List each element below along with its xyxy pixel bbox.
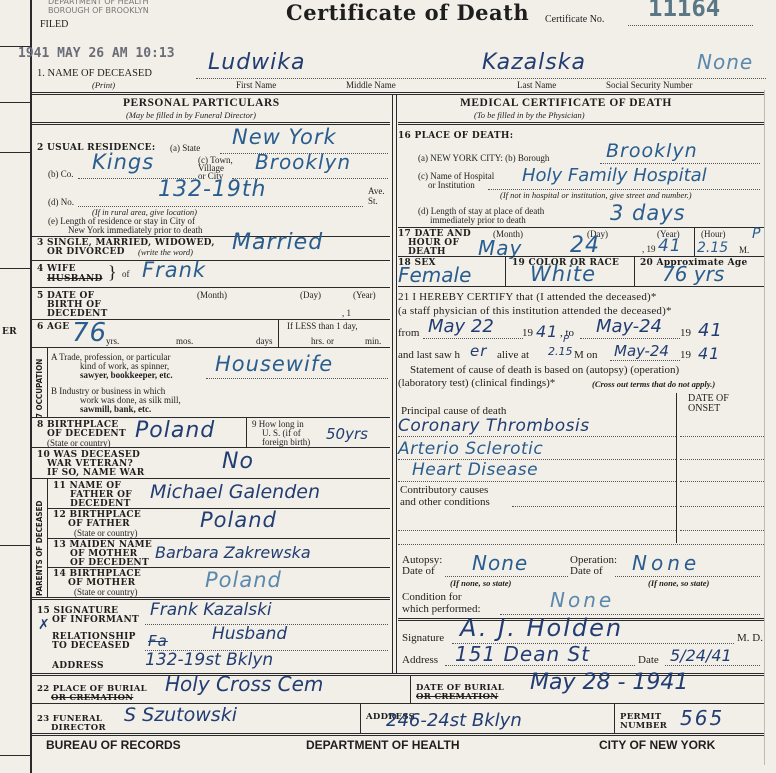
wife-label: 4 WIFE [37,264,76,274]
spouse-value: Frank [142,258,206,282]
dob-year-prefix: , 1 [342,308,351,318]
death-year-prefix: , 19 [642,244,656,254]
to-year-value: 41 [698,320,723,341]
age-yrs-label: yrs. [106,336,119,346]
street-no-label: (d) No. [48,197,74,207]
certificate-number: 11164 [648,0,720,22]
parents-section-label: PARENTS OF DECEASED [35,501,44,596]
county-label: (b) Co. [48,169,74,179]
physician-signature-label: Signature [402,632,444,644]
husband-label: HUSBAND [47,274,103,284]
place-of-death-label: 16 PLACE OF DEATH: [398,131,513,141]
alive-at-label: alive at [497,349,529,361]
personal-particulars-subtitle: (May be filled in by Funeral Director) [126,110,256,120]
occupation-a-label-3: sawyer, bookkeeper, etc. [80,370,173,380]
stub-line [0,268,30,269]
cause-line-2: Arterio Sclerotic [398,439,543,459]
father-birth-value: Poland [200,508,277,532]
dept-stamp-line2: BOROUGH OF BROOKLYN [48,6,149,15]
cause-line-1: Coronary Thrombosis [398,416,590,436]
race-value: White [530,262,596,286]
stub-line [0,102,30,103]
death-certificate: ER DEPARTMENT OF HEALTH BOROUGH OF BROOK… [0,0,776,773]
permit-value: 565 [680,706,724,730]
last-seen-date-value: May-24 [614,342,669,360]
funeral-director-label-2: DIRECTOR [51,723,106,733]
last-seen-year-value: 41 [698,344,720,363]
middle-name-caption: Middle Name [346,80,396,90]
informant-sig-label-2: OF INFORMANT [52,615,139,625]
death-meridiem-suffix: M. [739,245,749,255]
first-name-caption: First Name [236,80,276,90]
state-label: (a) State [170,143,200,153]
dob-month-label: (Month) [197,290,227,300]
funeral-director-value: S Szutowski [124,704,237,726]
dob-year-label: (Year) [353,290,376,300]
column-divider [392,95,393,673]
footer-right: CITY OF NEW YORK [599,738,715,752]
dob-day-label: (Day) [300,290,321,300]
from-year-prefix: 19 [522,327,533,339]
director-address-value: 246-24st Bklyn [386,710,522,731]
last-saw-label: and last saw h [398,349,460,361]
cause-line-3: Heart Disease [412,460,538,480]
condition-label-1: Condition for [402,592,462,602]
death-year-value: 41 [658,236,682,256]
stay-label-2: immediately prior to death [430,215,526,225]
alive-meridiem-value: P [563,334,570,345]
from-label: from [398,327,419,339]
operation-label-1: Operation: [570,555,617,565]
condition-value: None [550,588,614,612]
occupation-value: Housewife [215,352,333,376]
veteran-value: No [222,449,254,474]
age-days-label: days [256,336,273,346]
age-less-label: If LESS than 1 day, [287,321,358,331]
marital-label-2: OR DIVORCED [47,247,125,257]
ave-label: Ave. [368,186,385,196]
filed-label: FILED [40,19,68,30]
father-birth-label-3: (State or country) [74,528,137,538]
mother-birth-value: Poland [205,568,282,592]
stub-border [30,0,32,773]
town-value: Brooklyn [255,150,351,174]
street-value: 132-19th [158,177,267,202]
operation-value: None [632,551,700,575]
footer-left: BUREAU OF RECORDS [46,738,181,752]
age-hrs-label: hrs. or [311,336,334,346]
physician-address-value: 151 Dean St [455,642,590,666]
physician-date-value: 5/24/41 [670,646,732,665]
hospital-hint: (If not in hospital or institution, give… [500,190,692,200]
alive-time-value: 2.15 [548,345,573,358]
father-name-value: Michael Galenden [150,481,320,503]
us-years-value: 50yrs [326,425,368,443]
age-mos-label: mos. [176,336,193,346]
burial-place-value: Holy Cross Cem [165,672,323,696]
spouse-of-label: of [122,269,130,279]
burial-date-value: May 28 - 1941 [530,670,688,695]
stub-line [0,545,30,546]
basis-line-1: Statement of cause of death is based on … [410,364,679,376]
certify-line-1: 21 I HEREBY CERTIFY that (I attended the… [398,291,657,303]
stub-text: ER [2,327,17,337]
hospital-label-2: or Institution [428,180,475,190]
burial-date-label-2: OR CREMATION [416,692,498,702]
operation-label-2: Date of [570,566,603,576]
stub-line [0,755,30,756]
stub-line [0,152,30,153]
death-day-value: 24 [570,233,600,258]
relationship-value: Husband [212,624,287,644]
md-label: M. D. [737,632,763,644]
from-date-value: May 22 [428,316,494,337]
marital-value: Married [232,230,323,255]
approx-age-value: 76 yrs [662,262,724,286]
stay-value: 3 days [610,201,686,225]
borough-value: Brooklyn [606,140,698,162]
medical-certificate-subtitle: (To be filled in by the Physician) [474,110,585,120]
death-meridiem-value: P [752,226,761,242]
occupation-b-label-3: sawmill, bank, etc. [80,404,151,414]
name-label: 1. NAME OF DECEASED [37,68,152,79]
death-hour-label: (Hour) [701,229,726,239]
personal-particulars-title: PERSONAL PARTICULARS [123,97,280,109]
m-on-label: M on [574,349,598,361]
onset-label-2: ONSET [688,404,720,414]
autopsy-label-1: Autopsy: [402,555,442,565]
print-hint: (Print) [92,80,115,90]
informant-address-value: 132-19st Bklyn [145,650,273,670]
to-date-value: May-24 [596,316,662,337]
relationship-label-2: TO DECEASED [52,641,130,651]
burial-place-label-2: OR CREMATION [51,693,133,703]
physician-date-label: Date [638,654,659,666]
autopsy-label-2: Date of [402,566,435,576]
permit-label-2: NUMBER [620,721,667,731]
physician-address-label: Address [402,654,438,666]
state-value: New York [232,125,337,149]
document-title: Certificate of Death [286,0,529,25]
birthplace-value: Poland [135,418,215,443]
us-years-label-3: foreign birth) [262,437,310,447]
condition-label-2: which performed: [402,604,481,614]
ssn-caption: Social Security Number [606,80,692,90]
first-name-value: Ludwika [208,50,306,75]
physician-signature: A. J. Holden [460,614,623,642]
residence-length-label-2: New York immediately prior to death [68,225,202,235]
autopsy-hint: (If none, so state) [450,578,511,588]
nyc-borough-label: (a) NEW YORK CITY: (b) Borough [418,153,549,163]
medical-certificate-title: MEDICAL CERTIFICATE OF DEATH [460,97,672,109]
contributory-label-1: Contributory causes [400,484,488,496]
st-label: St. [368,196,378,206]
from-year-value: 41 [536,322,558,341]
marital-hint: (write the word) [138,247,193,257]
contributory-label-2: and other conditions [400,496,490,508]
death-hour-value: 2.15 [697,240,728,256]
mother-birth-label-3: (State or country) [74,587,137,597]
informant-mark: ✗ [38,617,50,634]
occupation-section-label: 7 OCCUPATION [35,359,44,418]
county-value: Kings [92,150,154,174]
operation-hint: (If none, so state) [648,578,709,588]
sex-value: Female [398,263,471,287]
age-min-label: min. [365,336,381,346]
last-seen-year-prefix: 19 [680,349,691,361]
informant-signature: Frank Kazalski [150,600,272,620]
certificate-no-label: Certificate No. [545,14,604,25]
basis-line-2: (laboratory test) (clinical findings)* [398,377,555,389]
veteran-label-3: IF SO, NAME WAR [47,468,144,478]
autopsy-value: None [472,551,528,575]
basis-hint: (Cross out terms that do not apply.) [592,379,715,389]
last-name-caption: Last Name [517,80,556,90]
last-name-value: Kazalska [482,50,586,75]
footer-center: DEPARTMENT OF HEALTH [306,738,460,752]
relationship-struck: Fa [148,632,168,650]
age-value: 76 [72,318,107,348]
age-label: 6 AGE [37,322,69,332]
mother-name-value: Barbara Zakrewska [155,543,311,562]
filed-stamp: 1941 MAY 26 AM 10:13 [18,46,175,61]
last-saw-pronoun: er [470,342,487,360]
informant-address-label: ADDRESS [52,661,104,671]
hospital-value: Holy Family Hospital [522,165,707,186]
ssn-value: None [697,50,753,74]
to-year-prefix: 19 [680,327,691,339]
